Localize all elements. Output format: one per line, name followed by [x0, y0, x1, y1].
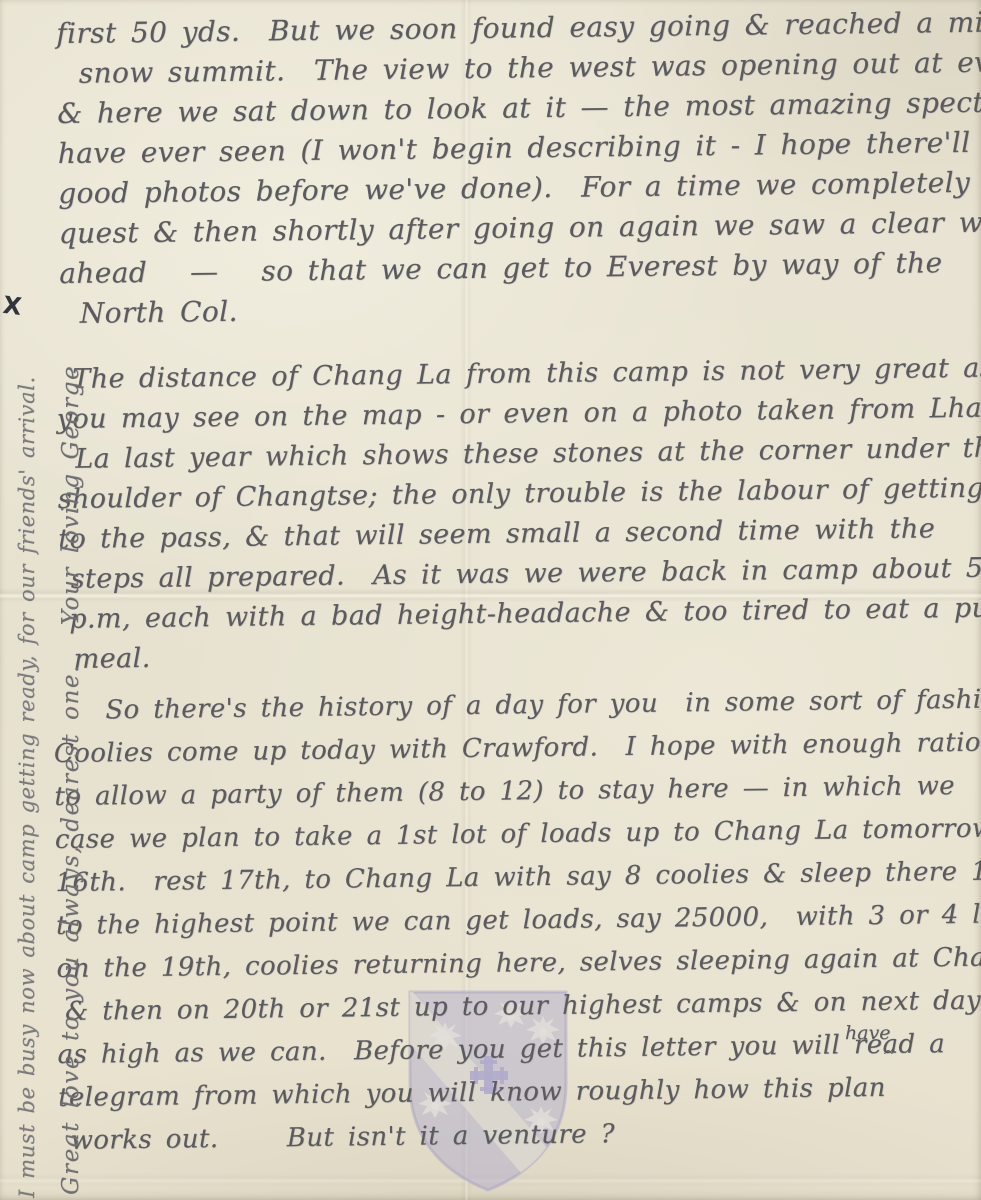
margin-note-outer: Great love to you always, dearest one. Y…: [50, 371, 92, 1195]
letter-page: first 50 yds. But we soon found easy goi…: [0, 0, 981, 1200]
insertion-caret-mark: ^: [882, 1047, 895, 1065]
margin-note-inner: I must be busy now about camp getting re…: [10, 356, 44, 1198]
paragraph-1: first 50 yds. But we soon found easy goi…: [56, 1, 981, 334]
paragraph-3: So there's the history of a day for you …: [53, 678, 981, 1163]
bottom-fold-crease: [0, 1173, 981, 1187]
paragraph-2: The distance of Chang La from this camp …: [56, 348, 981, 680]
inserted-word: have: [845, 1022, 891, 1044]
kiss-mark: X: [1, 291, 23, 321]
